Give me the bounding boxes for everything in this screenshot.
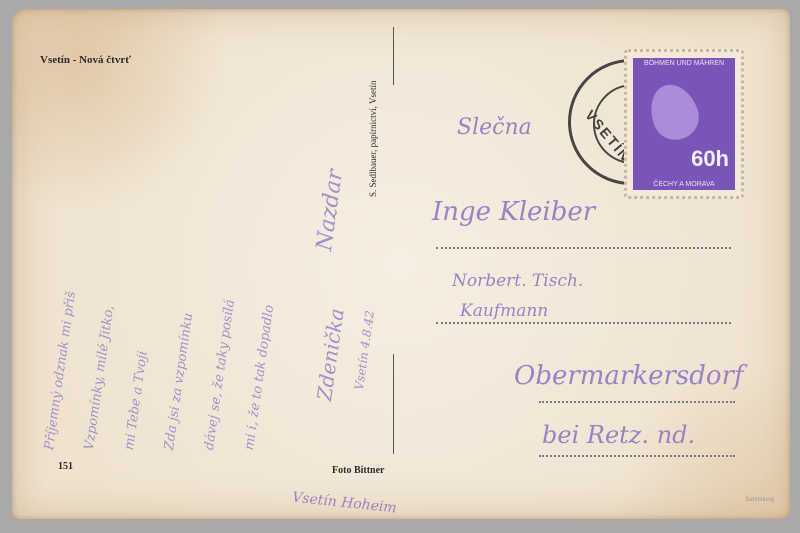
address-line-3: Norbert. Tisch. [452, 271, 583, 291]
card-number: 151 [58, 461, 73, 472]
postcard-caption: Vsetín - Nová čtvrť [40, 54, 131, 66]
address-dotted-line [436, 247, 731, 249]
message-line: Zda jsi za vzpomínku [162, 312, 196, 451]
message-line: mi Tebe a Tvoji [122, 350, 151, 451]
photographer-credit: Foto Bittner [332, 465, 385, 476]
address-line-2: Inge Kleiber [432, 197, 595, 227]
address-dotted-line [539, 401, 735, 403]
message-footer: Vsetín Hoheim [291, 490, 397, 517]
message-greeting: Nazdar [312, 168, 348, 252]
address-dotted-line [539, 455, 735, 457]
collector-mark: Sammlung [745, 497, 774, 503]
center-divider [393, 27, 394, 85]
postcard: Vsetín - Nová čtvrť 151 Foto Bittner S. … [12, 9, 790, 519]
address-line-4: Kaufmann [460, 301, 548, 321]
message-line: mi i, že to tak dopadlo [242, 304, 277, 451]
postage-stamp: BÖHMEN UND MÄHREN 60h ČECHY A MORAVA [624, 49, 744, 199]
message-line: Příjemný odznak mi přiš [42, 290, 79, 451]
stamp-value: 60h [691, 146, 729, 172]
linden-leaf-icon [643, 78, 705, 146]
message-date: Vsetín 4.8.42 [352, 309, 377, 390]
stamp-bottom-text: ČECHY A MORAVA [633, 181, 735, 188]
message-signature: Zdenička [312, 307, 349, 402]
stamp-top-text: BÖHMEN UND MÄHREN [633, 60, 735, 67]
address-line-5: Obermarkersdorf [514, 361, 744, 391]
center-divider-lower [393, 354, 394, 454]
address-line-6: bei Retz. nd. [542, 421, 695, 449]
message-line: Vzpomínky, milé Jitko, [82, 305, 117, 452]
address-line-1: Slečna [457, 115, 532, 140]
address-dotted-line [436, 322, 731, 324]
message-line: dávej se, že taky posílá [202, 299, 238, 451]
publisher-credit: S. Sedlbauer, papírnictví, Vsetín [368, 27, 378, 197]
